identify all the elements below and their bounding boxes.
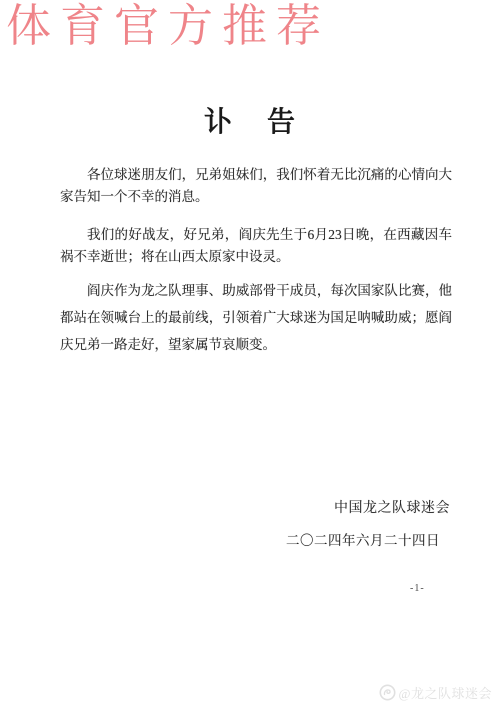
document-title: 讣 告 [0,100,500,140]
signature-organization: 中国龙之队球迷会 [334,497,450,517]
obituary-document-page: 体育官方推荐 讣 告 各位球迷朋友们，兄弟姐妹们，我们怀着无比沉痛的心情向大家告… [0,0,500,707]
signature-date: 二〇二四年六月二十四日 [286,529,440,549]
bottom-watermark: @龙之队球迷会 [379,683,492,702]
fanclub-logo-icon [379,684,396,701]
top-promo-watermark: 体育官方推荐 [6,0,330,52]
document-body: 各位球迷朋友们，兄弟姐妹们，我们怀着无比沉痛的心情向大家告知一个不幸的消息。 我… [60,164,452,358]
paragraph-tribute: 阎庆作为龙之队理事、助威部骨干成员，每次国家队比赛，他都站在领喊台上的最前线，引… [60,277,452,358]
page-number: -1- [410,583,425,594]
paragraph-intro: 各位球迷朋友们，兄弟姐妹们，我们怀着无比沉痛的心情向大家告知一个不幸的消息。 [60,164,452,208]
bottom-watermark-text: @龙之队球迷会 [399,683,492,702]
paragraph-death-notice: 我们的好战友，好兄弟，阎庆先生于6月23日晚，在西藏因车祸不幸逝世；将在山西太原… [60,224,452,268]
